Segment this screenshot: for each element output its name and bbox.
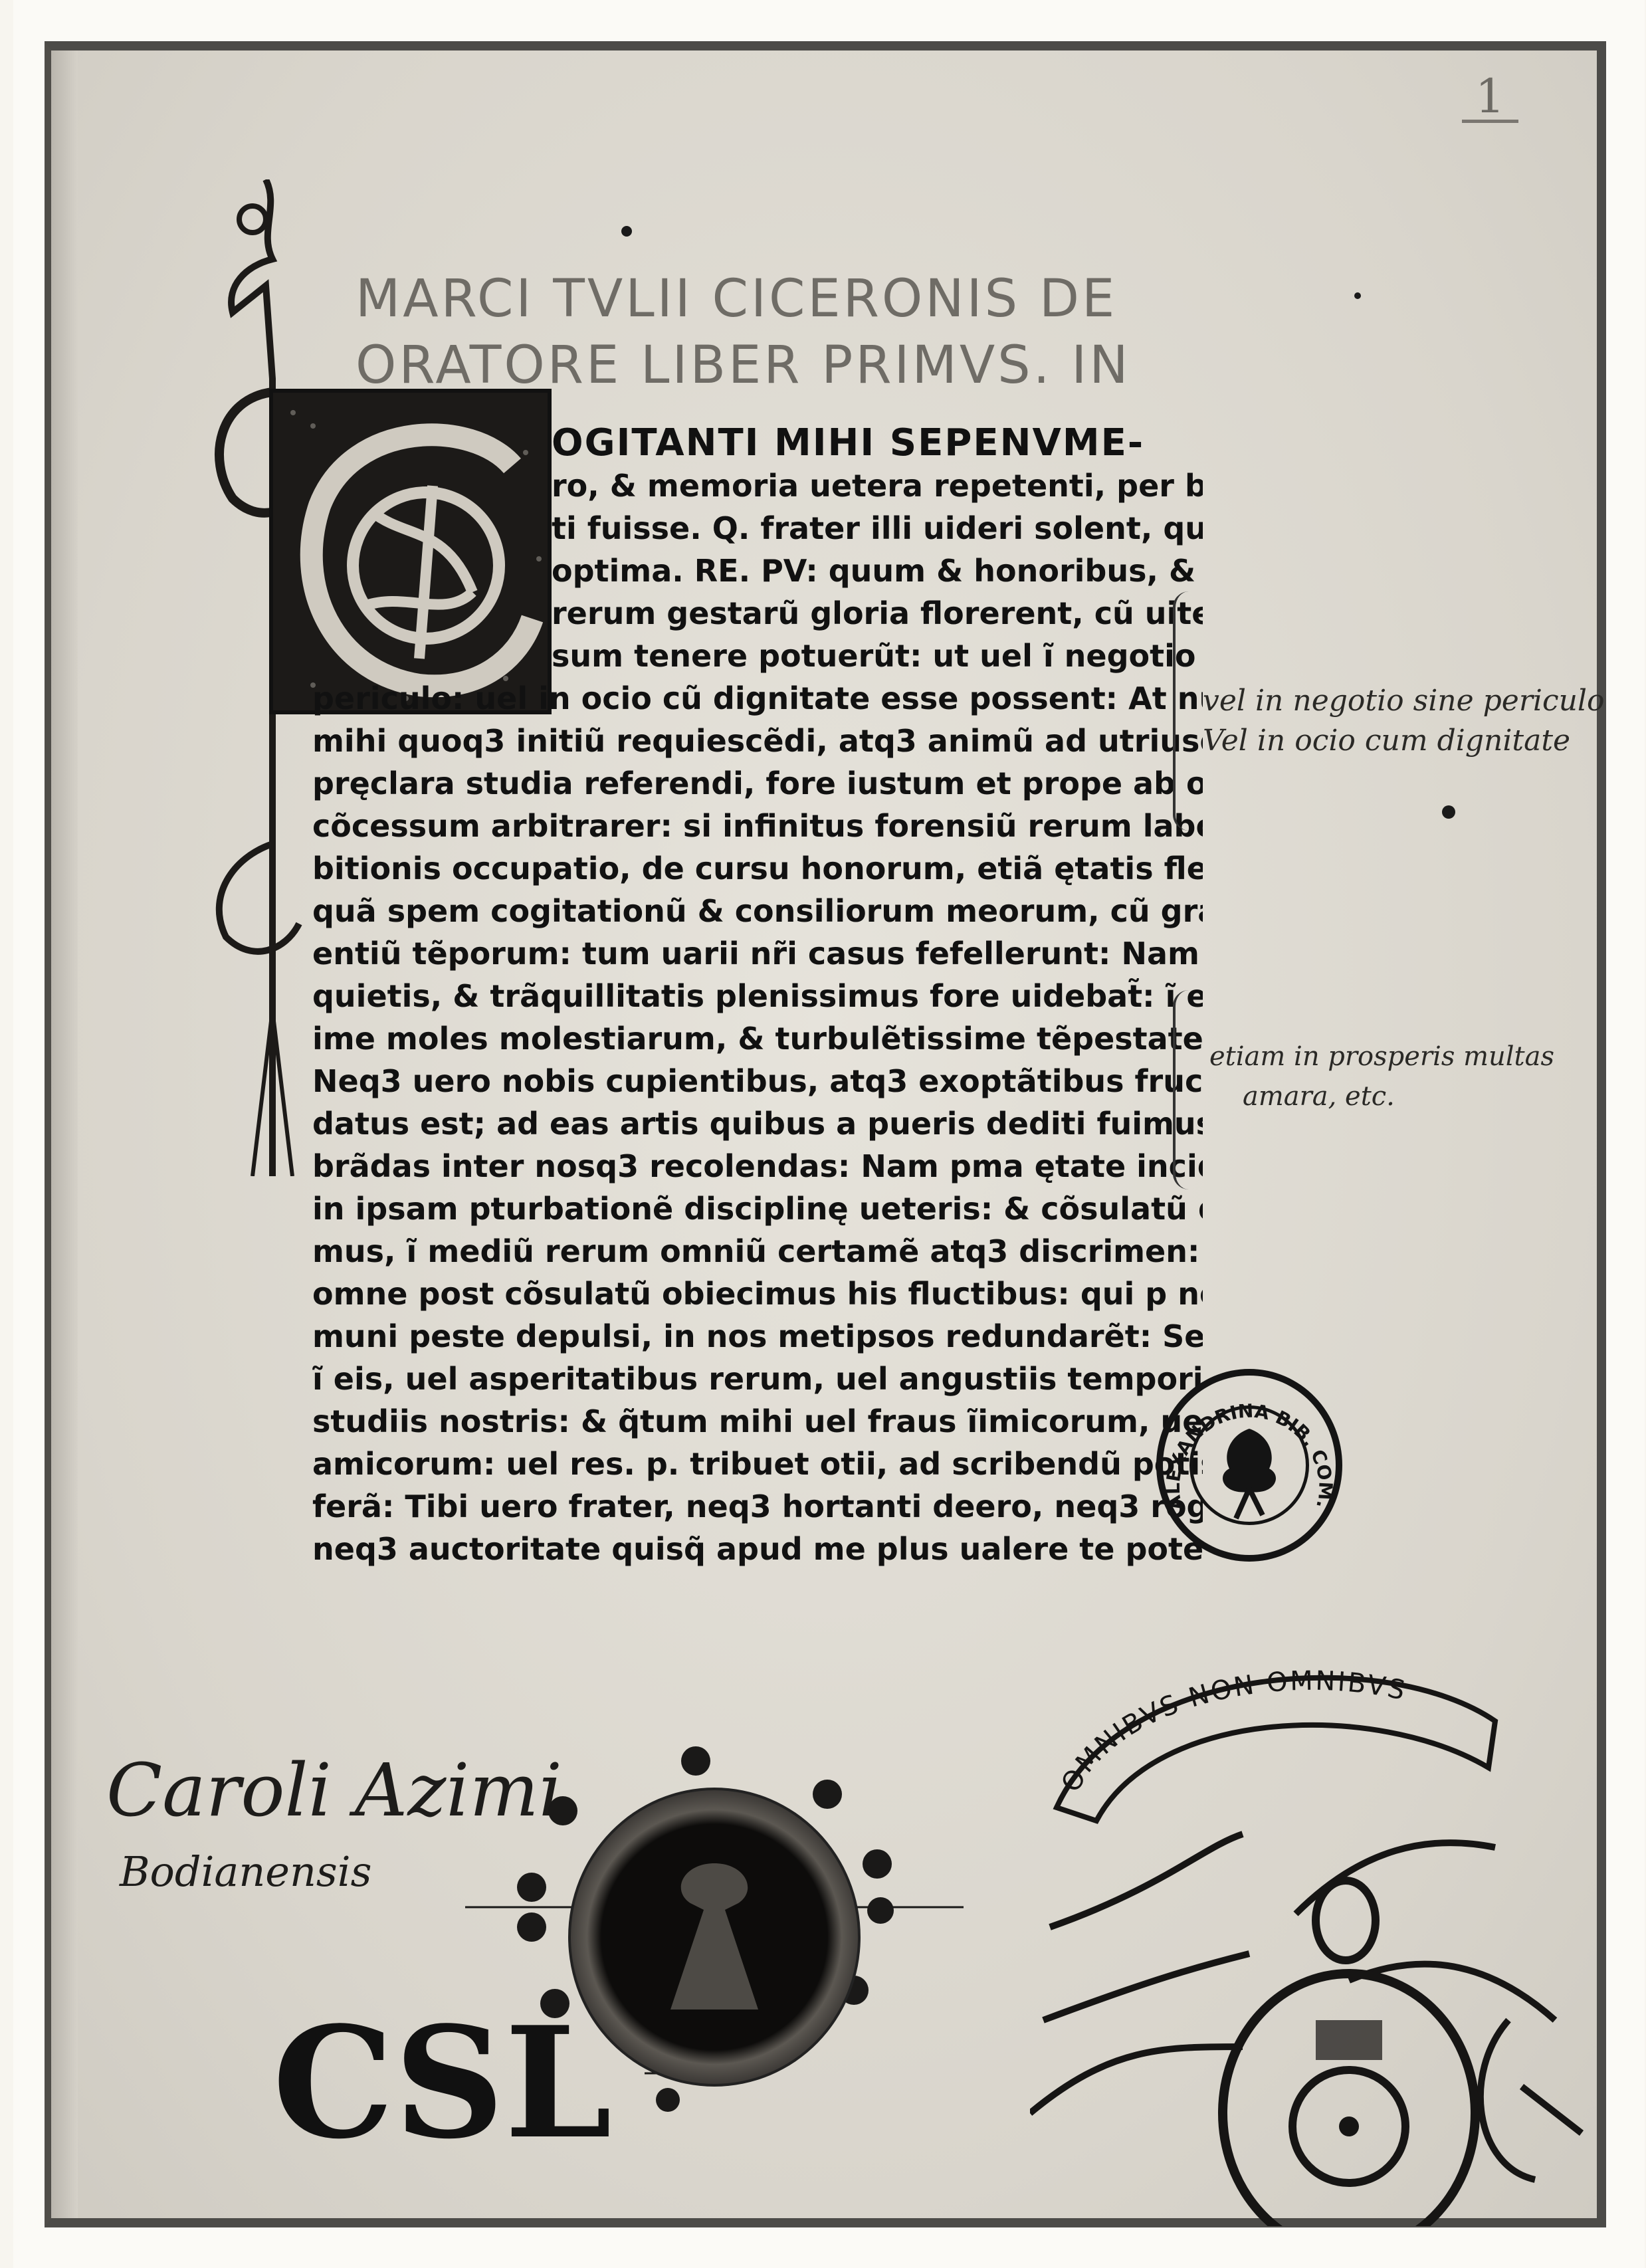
text-line: optima. RE. PV: quum & honoribus, &: [312, 550, 1203, 592]
text-line: cõcessum arbitrarer: si infinitus forens…: [312, 805, 1203, 847]
text-line: Neq3 uero nobis cupientibus, atq3 exoptã…: [312, 1060, 1203, 1102]
text-line: studiis nostris: & q̃tum mihi uel fraus …: [312, 1400, 1203, 1443]
binding-gutter: [51, 51, 78, 2218]
owner-signature-place: Bodianensis: [120, 1847, 371, 1896]
marginal-note: vel in negotio sine periculo Vel in ocio…: [1203, 681, 1604, 761]
text-line: periculo: uel in ocio cũ dignitate esse …: [312, 677, 1203, 720]
title-line: MARCI TVLII CICERONIS DE: [356, 266, 1131, 332]
text-line: amicorum: uel res. p. tribuet otii, ad s…: [312, 1443, 1203, 1485]
text-line: in ipsam pturbationẽ disciplinę ueteris:…: [312, 1187, 1203, 1230]
text-line: omne post cõsulatũ obiecimus his fluctib…: [312, 1273, 1203, 1315]
coat-of-arms-medallion: [568, 1788, 861, 2087]
text-line: ti fuisse. Q. frater illi uideri solent,…: [312, 507, 1203, 550]
ink-dot: [1354, 292, 1361, 299]
text-line: mihi quoq3 initiũ requiescẽdi, atq3 anim…: [312, 720, 1203, 762]
marginal-note-line: etiam in prosperis multas: [1209, 1037, 1554, 1077]
text-line: ferã: Tibi uero frater, neq3 hortanti de…: [312, 1485, 1203, 1528]
ribbon-and-ring-emblem-icon: OMNIBVS NON OMNIBVS: [1030, 1648, 1608, 2226]
marginal-note-line: Vel in ocio cum dignitate: [1203, 721, 1604, 761]
margin-bracket-icon: [1173, 990, 1189, 1189]
marginal-note: etiam in prosperis multas amara, etc.: [1209, 1037, 1554, 1116]
text-line: muni peste depulsi, in nos metipsos redu…: [312, 1315, 1203, 1358]
text-line: sum tenere potuerũt: ut uel ĩ negotio si…: [312, 635, 1203, 677]
text-line: quã spem cogitationũ & consiliorum meoru…: [312, 890, 1203, 932]
text-line: ime moles molestiarum, & turbulẽtissime …: [312, 1017, 1203, 1060]
text-line: rerum gestarũ gloria florerent, cũ uitę …: [312, 592, 1203, 635]
book-title: MARCI TVLII CICERONIS DE ORATORE LIBER P…: [356, 266, 1131, 399]
ex-libris-emblem: OMNIBVS NON OMNIBVS: [1030, 1648, 1608, 2226]
text-line: OGITANTI MIHI SEPENVME-: [312, 422, 1203, 464]
text-line: pręclara studia referendi, fore iustum e…: [312, 762, 1203, 805]
margin-bracket-icon: [1173, 591, 1189, 831]
main-text-block: OGITANTI MIHI SEPENVME- ro, & memoria ue…: [312, 422, 1203, 1570]
text-line: quietis, & trãquillitatis plenissimus fo…: [312, 975, 1203, 1017]
marginal-note-line: amara, etc.: [1209, 1077, 1554, 1116]
text-line: bitionis occupatio, de cursu honorum, et…: [312, 847, 1203, 890]
tree-emblem-icon: ALEXANDRINA BIB. COM.: [1163, 1376, 1336, 1555]
text-line: ĩ eis, uel asperitatibus rerum, uel angu…: [312, 1358, 1203, 1400]
ink-dot: [621, 226, 632, 237]
text-line: entiũ tẽporum: tum uarii nr̃i casus fefe…: [312, 932, 1203, 975]
text-line: mus, ĩ mediũ rerum omniũ certamẽ atq3 di…: [312, 1230, 1203, 1273]
library-stamp: ALEXANDRINA BIB. COM.: [1156, 1369, 1342, 1562]
folio-number: 1: [1462, 73, 1518, 123]
marginal-note-line: vel in negotio sine periculo: [1203, 681, 1604, 721]
coat-of-arms-icon: [571, 1790, 858, 2084]
text-line: ro, & memoria uetera repetenti, per bea-: [312, 464, 1203, 507]
text-line: datus est; ad eas artis quibus a pueris …: [312, 1102, 1203, 1145]
ink-dot: [1442, 805, 1455, 819]
text-line: brãdas inter nosq3 recolendas: Nam pma ę…: [312, 1145, 1203, 1187]
text-line: neq3 auctoritate quisq̃ apud me plus ual…: [312, 1528, 1203, 1570]
